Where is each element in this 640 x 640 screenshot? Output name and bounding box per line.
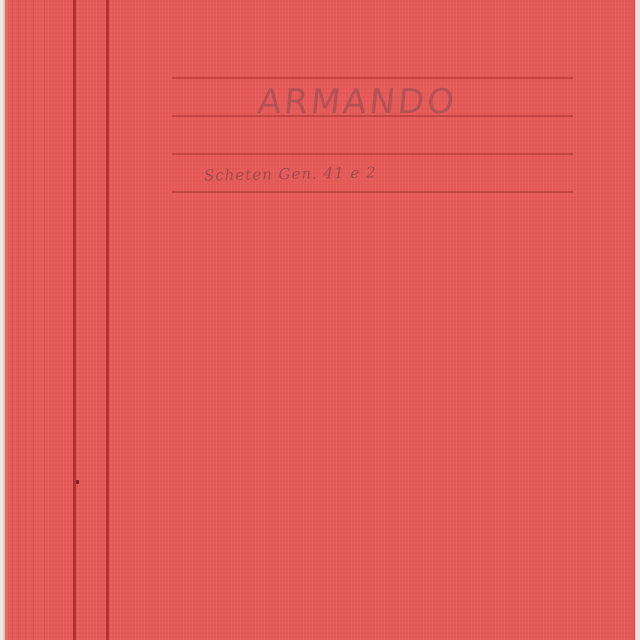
handwritten-note: Scheten Gen. 41 e 2 xyxy=(204,163,377,184)
handwritten-name: ARMANDO xyxy=(256,82,459,122)
page-edge-line xyxy=(25,0,26,640)
page-stack-edge xyxy=(0,0,8,640)
label-rule-3 xyxy=(172,153,573,155)
page-edge-line xyxy=(33,0,34,640)
label-rule-4 xyxy=(172,191,573,193)
page-edge-line xyxy=(12,0,13,640)
folder-cover: ARMANDO Scheten Gen. 41 e 2 xyxy=(0,0,640,640)
label-rule-1 xyxy=(172,77,573,79)
page-edge-line xyxy=(18,0,19,640)
ink-mark xyxy=(76,480,79,484)
right-edge xyxy=(632,0,640,640)
page-edge-line xyxy=(44,0,45,640)
spine-crease-1 xyxy=(73,0,76,640)
spine-crease-2 xyxy=(106,0,109,640)
